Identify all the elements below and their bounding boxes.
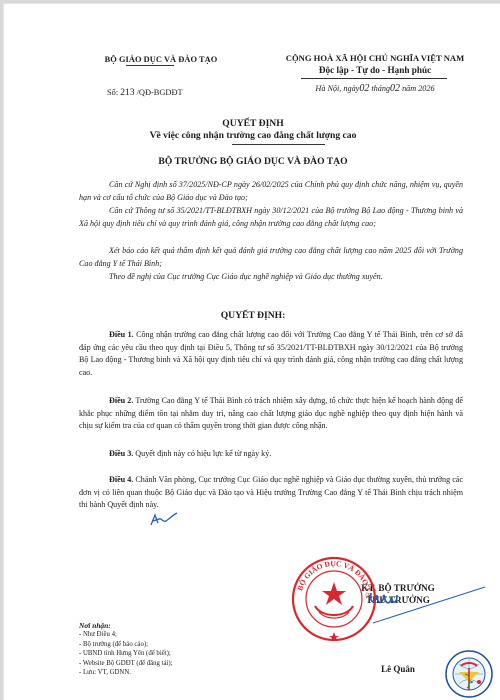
handwritten-signature-icon [367, 583, 487, 643]
article-1: Điều 1. Công nhận trường cao đẳng chất l… [79, 329, 463, 379]
motto-underline [301, 78, 447, 79]
official-seal-icon: BỘ GIÁO DỤC VÀ ĐÀO TẠO [291, 556, 377, 642]
initials-paraph-icon [149, 509, 179, 529]
ministry-underline [126, 65, 174, 66]
issue-date: Hà Nội, ngày02 tháng02 năm 2026 [255, 83, 495, 94]
recipients-label: Nơi nhận: [79, 621, 173, 630]
document-number-value: 213 [120, 87, 134, 98]
issuing-authority: BỘ TRƯỞNG BỘ GIÁO DỤC VÀ ĐÀO TẠO [3, 156, 500, 167]
preamble-1: Căn cứ Nghị định số 37/2025/NĐ-CP ngày 2… [79, 179, 463, 204]
recipient-item: - Bộ trưởng (để báo cáo); [79, 640, 173, 649]
recipients-list: Nơi nhận: - Như Điều 4; - Bộ trưởng (để … [79, 621, 173, 677]
document-number: Số:213/QĐ-BGDĐT [107, 87, 183, 98]
article-4: Điều 4. Chánh Văn phòng, Cục trưởng Cục … [79, 474, 463, 512]
preamble-3: Xét báo cáo kết quả thẩm định kết quả đá… [79, 245, 463, 270]
preamble-2: Căn cứ Thông tư số 35/2021/TT-BLĐTBXH ng… [79, 205, 463, 230]
article-3: Điều 3. Quyết định này có hiệu lực kể từ… [79, 448, 463, 461]
subject-underline [232, 144, 325, 145]
preamble-4: Theo đề nghị của Cục trưởng Cục Giáo dục… [79, 271, 463, 284]
national-motto: Độc lập - Tự do - Hạnh phúc [255, 65, 495, 75]
document-subject: Về việc công nhận trường cao đẳng chất l… [3, 130, 500, 141]
recipient-item: - Như Điều 4; [79, 630, 173, 639]
recipient-item: - Website Bộ GDĐT (để đăng tải); [79, 659, 173, 668]
recipient-item: - Lưu: VT, GDNN. [79, 668, 173, 677]
country-name: CỘNG HOÀ XÃ HỘI CHỦ NGHĨA VIỆT NAM [255, 53, 495, 63]
ministry-name: BỘ GIÁO DỤC VÀ ĐÀO TẠO [81, 55, 241, 64]
college-logo-icon [445, 650, 493, 698]
document-type: QUYẾT ĐỊNH [3, 118, 500, 129]
decision-heading: QUYẾT ĐỊNH: [3, 310, 500, 321]
recipient-item: - UBND tỉnh Hưng Yên (để biết); [79, 649, 173, 658]
document-page: BỘ GIÁO DỤC VÀ ĐÀO TẠO Số:213/QĐ-BGDĐT C… [3, 3, 500, 700]
article-2: Điều 2. Trường Cao đẳng Y tế Thái Bình c… [79, 395, 463, 433]
